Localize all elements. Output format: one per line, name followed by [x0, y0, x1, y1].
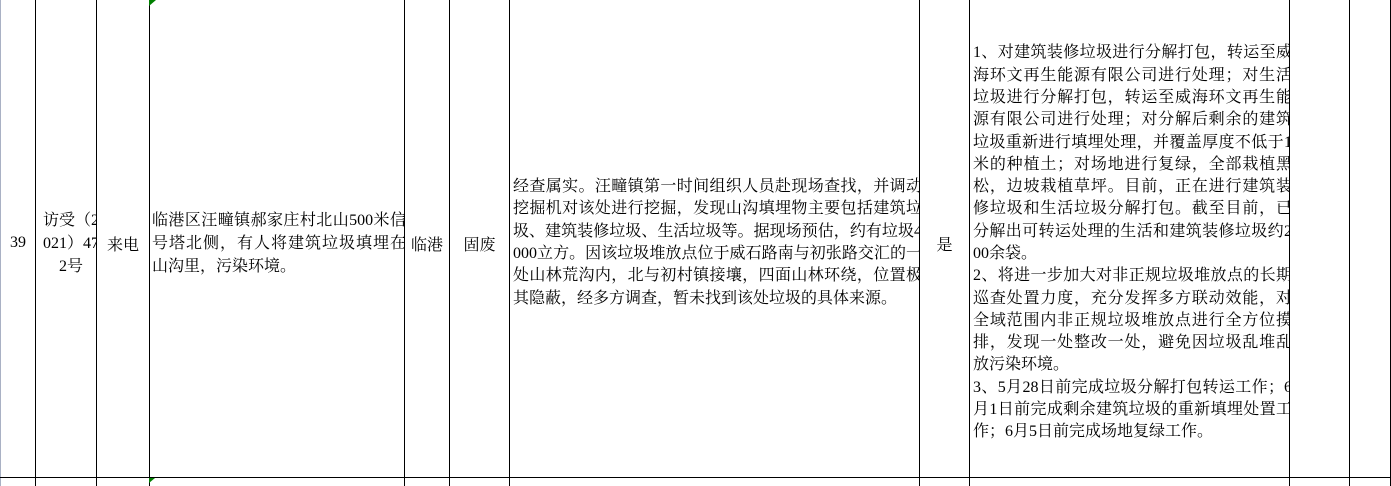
district-text: 临港: [405, 232, 449, 255]
verified-flag-text: 是: [920, 232, 969, 255]
complaint-source-text: 来电: [97, 232, 149, 255]
complaint-record-row: 39 访受（2021）472号 来电 临港区汪疃镇郝家庄村北山500米信号塔北侧…: [0, 0, 1391, 486]
cell-corner-marker-icon: [149, 0, 156, 6]
cell-empty-2[interactable]: [1350, 0, 1391, 486]
investigation-result-text: 经查属实。汪疃镇第一时间组织人员赴现场查找，并调动挖掘机对该处进行挖掘，发现山沟…: [510, 176, 920, 310]
cell-handling-measures[interactable]: 1、对建筑装修垃圾进行分解打包，转运至威海环文再生能源有限公司进行处理；对生活垃…: [970, 0, 1290, 486]
case-number-text: 访受（2021）472号: [36, 209, 97, 278]
cell-empty-1[interactable]: [1290, 0, 1350, 486]
cell-district[interactable]: 临港: [405, 0, 450, 486]
complaint-description-text: 临港区汪疃镇郝家庄村北山500米信号塔北侧，有人将建筑垃圾填埋在山沟里，污染环境…: [150, 209, 405, 278]
pollution-category-text: 固废: [450, 232, 509, 255]
cell-complaint-description[interactable]: 临港区汪疃镇郝家庄村北山500米信号塔北侧，有人将建筑垃圾填埋在山沟里，污染环境…: [150, 0, 405, 486]
cell-case-number[interactable]: 访受（2021）472号: [36, 0, 97, 486]
cell-sequence-number[interactable]: 39: [0, 0, 36, 486]
handling-measures-text: 1、对建筑装修垃圾进行分解打包，转运至威海环文再生能源有限公司进行处理；对生活垃…: [970, 42, 1290, 443]
row-bottom-border: [0, 477, 1391, 478]
table-row-screenshot: 39 访受（2021）472号 来电 临港区汪疃镇郝家庄村北山500米信号塔北侧…: [0, 0, 1391, 486]
cell-investigation-result[interactable]: 经查属实。汪疃镇第一时间组织人员赴现场查找，并调动挖掘机对该处进行挖掘，发现山沟…: [510, 0, 920, 486]
cell-verified-flag[interactable]: 是: [920, 0, 970, 486]
cell-pollution-category[interactable]: 固废: [450, 0, 510, 486]
cell-corner-marker-icon: [149, 478, 155, 483]
sequence-number-text: 39: [1, 234, 35, 252]
cell-complaint-source[interactable]: 来电: [97, 0, 150, 486]
